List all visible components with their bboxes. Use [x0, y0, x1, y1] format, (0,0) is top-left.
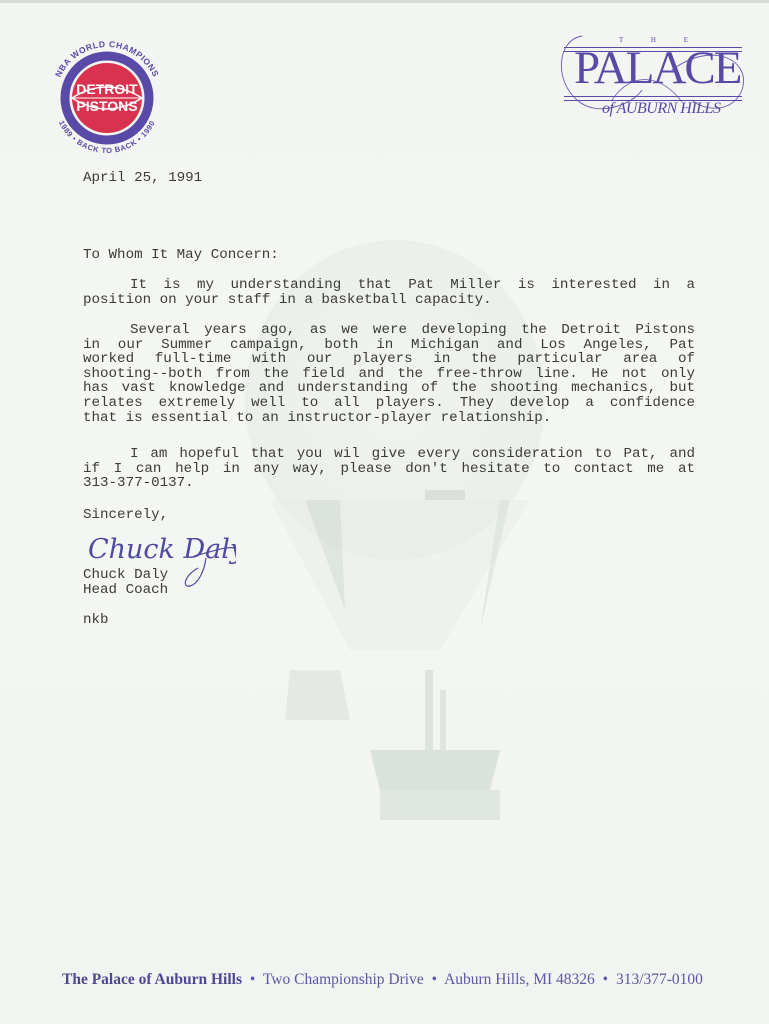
footer-street: Two Championship Drive	[263, 971, 424, 988]
paragraph-line: that is essential to an instructor-playe…	[83, 411, 695, 426]
paragraph-3: I am hopeful that you wil give every con…	[83, 447, 695, 491]
paragraph-1: It is my understanding that Pat Miller i…	[83, 278, 695, 307]
logo-text-detroit: DETROIT	[76, 81, 138, 97]
palace-sub-text: of AUBURN HILLS	[602, 100, 720, 118]
letter-salutation: To Whom It May Concern:	[83, 248, 279, 263]
scan-edge	[0, 0, 769, 3]
paragraph-line: Several years ago, as we were developing…	[83, 323, 695, 338]
paragraph-line: if I can help in any way, please don't h…	[83, 462, 695, 477]
palace-main-text: PALACE	[574, 44, 740, 92]
paragraph-line: worked full-time with our players in the…	[83, 352, 695, 367]
paragraph-line: shooting--both from the field and the fr…	[83, 367, 695, 382]
paragraph-line: position on your staff in a basketball c…	[83, 293, 695, 308]
paragraph-line: has vast knowledge and understanding of …	[83, 381, 695, 396]
letter-page: DETROIT PISTONS NBA WORLD CHAMPIONS 1989…	[0, 0, 769, 1024]
paragraph-line: 313-377-0137.	[83, 476, 695, 491]
svg-text:Chuck Daly: Chuck Daly	[88, 534, 236, 565]
footer-city: Auburn Hills, MI 48326	[444, 971, 595, 988]
letterhead-footer: The Palace of Auburn Hills • Two Champio…	[62, 971, 703, 989]
signer-title: Head Coach	[83, 583, 168, 598]
paragraph-line: in our Summer campaign, both in Michigan…	[83, 338, 695, 353]
paragraph-line: relates extremely well to all players. T…	[83, 396, 695, 411]
paragraph-line: I am hopeful that you wil give every con…	[83, 447, 695, 462]
logo-text-pistons: PISTONS	[76, 98, 137, 114]
palace-logo: T H E PALACE of AUBURN HILLS	[552, 30, 752, 126]
paragraph-2: Several years ago, as we were developing…	[83, 323, 695, 425]
letter-date: April 25, 1991	[83, 171, 202, 186]
footer-bullet: •	[432, 971, 437, 988]
footer-bullet: •	[250, 971, 255, 988]
signer-name: Chuck Daly	[83, 568, 168, 583]
pistons-logo: DETROIT PISTONS NBA WORLD CHAMPIONS 1989…	[42, 28, 172, 158]
footer-phone: 313/377-0100	[616, 971, 703, 988]
typist-initials: nkb	[83, 613, 109, 628]
footer-bullet: •	[603, 971, 608, 988]
letter-closing: Sincerely,	[83, 508, 168, 523]
footer-org: The Palace of Auburn Hills	[62, 971, 242, 988]
paragraph-line: It is my understanding that Pat Miller i…	[83, 278, 695, 293]
